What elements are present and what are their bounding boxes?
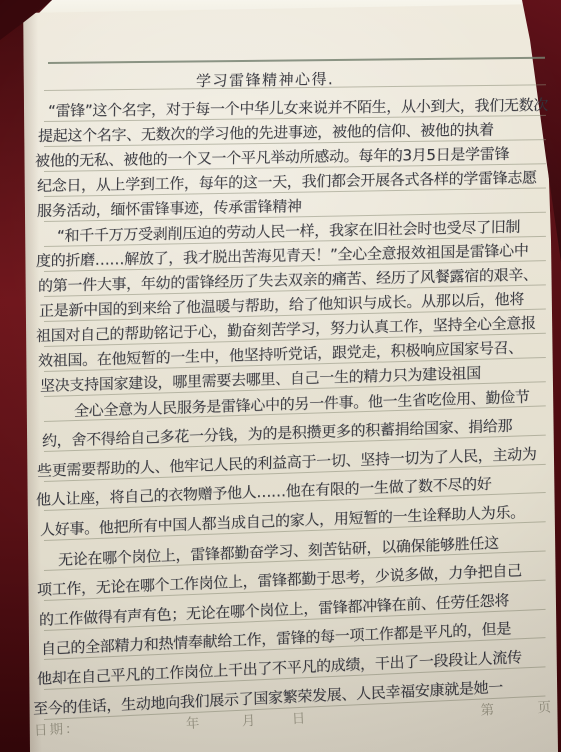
month-label: 月 [241, 709, 255, 730]
day-label: 日 [291, 707, 305, 728]
date-label: 日期： [34, 717, 81, 739]
notebook-photo: 学习雷锋精神心得. “雷锋”这个名字，对于每一个中华儿女来说并不陌生，从小到大，… [0, 0, 561, 752]
page-number-prefix-label: 第 [480, 698, 494, 719]
essay-title: 学习雷锋精神心得. [196, 68, 335, 91]
year-label: 年 [185, 712, 199, 733]
page-number-suffix-label: 页 [537, 696, 551, 717]
